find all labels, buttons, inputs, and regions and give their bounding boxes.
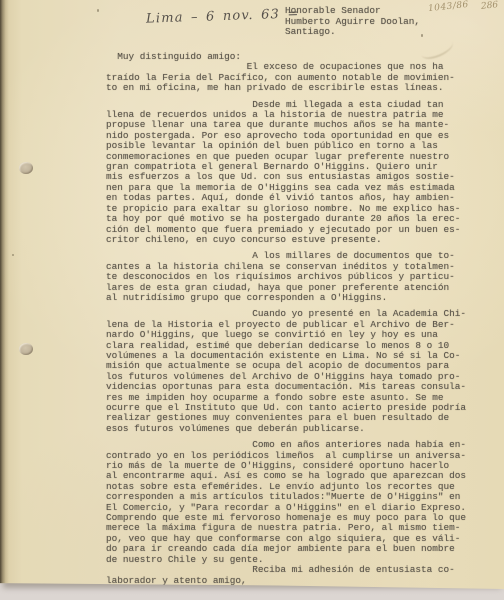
letter-body: Muy distinguido amigo: El exceso de ocup…	[106, 52, 486, 592]
letter-paper: 1043/86 286 Lima – 6 nov. 63 = Honorable…	[0, 0, 504, 592]
handwritten-date: Lima – 6 nov. 63 =	[146, 6, 300, 26]
scanned-letter-page: 1043/86 286 Lima – 6 nov. 63 = Honorable…	[0, 0, 504, 600]
recipient-address-block: Honorable Senador Humberto Aguirre Doola…	[285, 6, 420, 38]
paper-speck	[97, 9, 99, 12]
paragraph-ohiggins-commemoration: Desde mi llegada a esta ciudad tan llena…	[106, 100, 486, 246]
paragraph-archivo-project: Cuando yo presenté en la Academia Chi- l…	[106, 309, 486, 434]
paper-speck	[12, 254, 14, 256]
archive-number-annotation: 1043/86	[428, 0, 470, 14]
paragraph-salutation-and-opening: Muy distinguido amigo: El exceso de ocup…	[106, 52, 486, 94]
paragraph-press-articles-and-closing: Como en años anteriores nada había en- c…	[106, 440, 486, 586]
paragraph-archives-lima: A los millares de documentos que to- can…	[106, 251, 486, 303]
paper-left-edge	[0, 0, 9, 592]
punch-hole-bottom	[19, 343, 33, 355]
page-number-annotation: 286	[481, 0, 499, 12]
punch-hole-top	[19, 162, 33, 174]
paper-speck	[421, 34, 423, 37]
